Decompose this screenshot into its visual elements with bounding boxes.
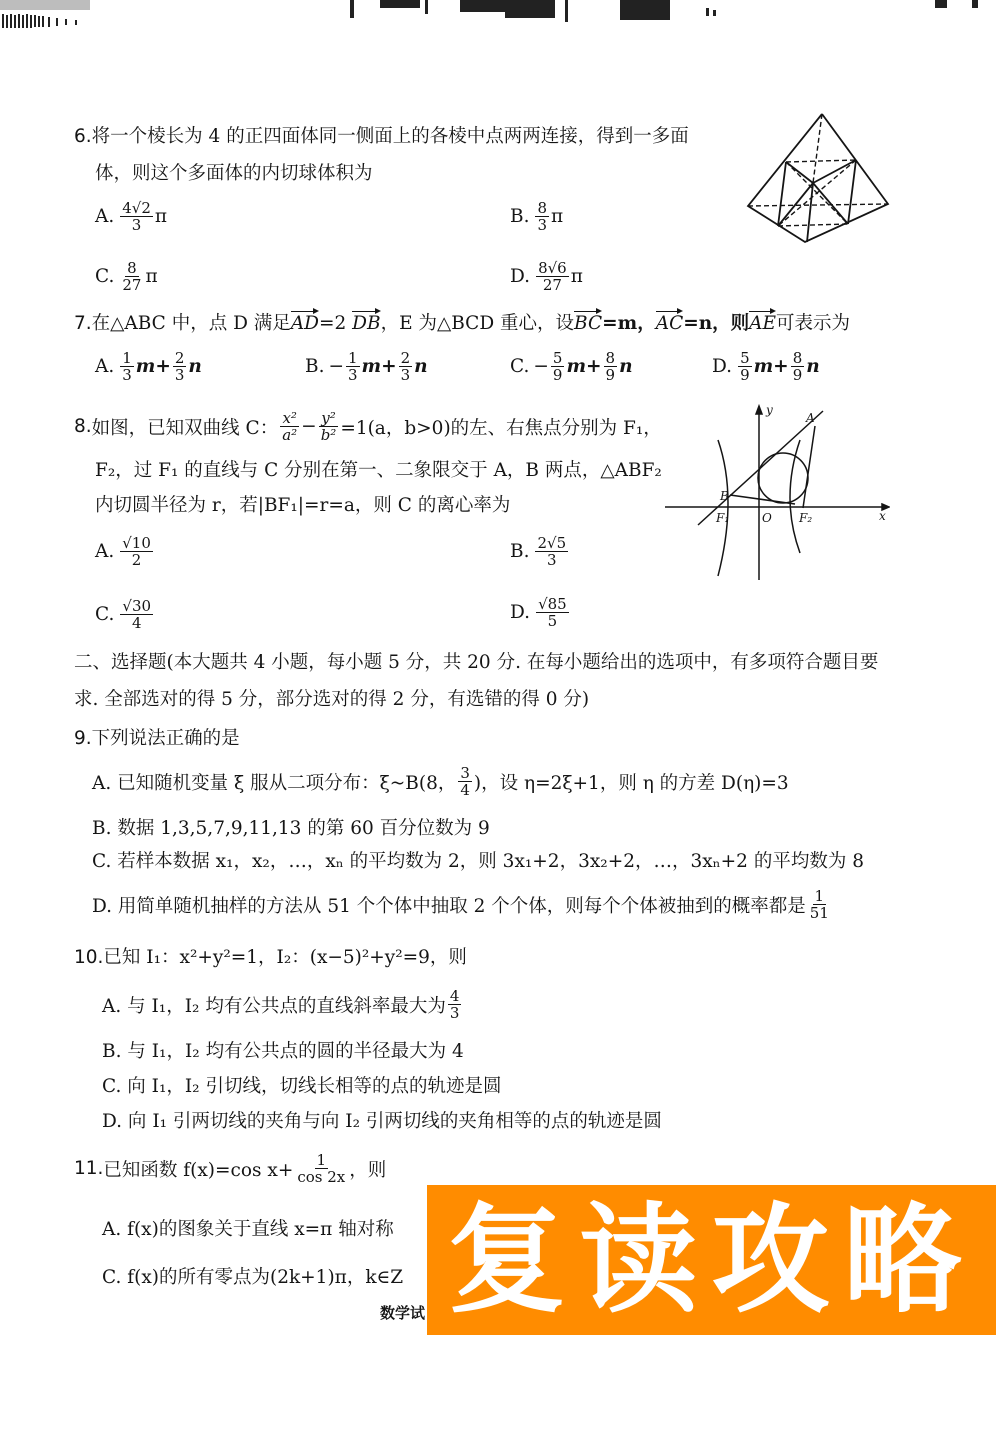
denominator: 3: [130, 217, 144, 233]
question-number: 6.: [74, 126, 92, 147]
question-text: 内切圆半径为 r，若|BF₁|=r=a，则 C 的离心率为: [95, 495, 510, 516]
q6-option-a[interactable]: A. 4√23 π: [95, 200, 167, 233]
denominator: 3: [346, 367, 360, 383]
option-text: C. f(x)的所有零点为(2k+1)π，k∈Z: [102, 1267, 403, 1288]
fraction: 13: [120, 350, 134, 383]
numerator: 2: [173, 350, 187, 367]
option-text: A. 已知随机变量 ξ 服从二项分布：ξ~B(8，: [92, 769, 456, 795]
vector-term: m+: [362, 356, 397, 377]
q7-option-d[interactable]: D. 59m+ 89n: [712, 350, 820, 383]
question-text: ，E 为△BCD 重心，设: [381, 313, 574, 334]
numerator: 2√5: [535, 535, 568, 552]
question-number: 10.: [74, 947, 103, 968]
fraction: 2√53: [535, 535, 568, 568]
option-text: B. 与 I₁，I₂ 均有公共点的圆的半径最大为 4: [102, 1041, 464, 1062]
numerator: 1: [120, 350, 134, 367]
sign: −: [328, 356, 344, 377]
vector-ac: AC: [656, 312, 684, 336]
tetrahedron-figure: [740, 108, 892, 248]
option-text: A. f(x)的图象关于直线 x=π 轴对称: [102, 1219, 394, 1240]
vector-bc: BC: [574, 312, 602, 336]
pi-symbol: π: [571, 266, 583, 287]
point-label-o: O: [762, 511, 772, 525]
axis-label-x: x: [879, 509, 886, 523]
question-8-line2: F₂，过 F₁ 的直线与 C 分别在第一、二象限交于 A，B 两点，△ABF₂: [95, 459, 662, 483]
q10-option-a[interactable]: A. 与 I₁，I₂ 均有公共点的直线斜率最大为 43: [102, 988, 463, 1021]
fraction: √855: [536, 596, 569, 629]
denominator: 5: [546, 613, 560, 629]
denominator: 4: [458, 782, 472, 798]
numerator: 5: [738, 350, 752, 367]
denominator: 27: [541, 277, 564, 293]
numerator: x²: [280, 410, 298, 427]
question-8-line1: 8.如图，已知双曲线 C： x²a²− y²b²=1(a，b>0)的左、右焦点分…: [74, 410, 662, 443]
numerator: 4: [448, 988, 462, 1005]
numerator: 8: [125, 260, 139, 277]
option-text: A. 与 I₁，I₂ 均有公共点的直线斜率最大为: [102, 992, 446, 1018]
question-text: =m，: [602, 313, 656, 334]
question-text: 体，则这个多面体的内切球体积为: [95, 163, 373, 184]
point-label-a: A: [805, 411, 815, 425]
question-text: =1(a，b>0)的左、右焦点分别为 F₁，: [340, 414, 661, 440]
denominator: 3: [173, 367, 187, 383]
fraction: 89: [791, 350, 805, 383]
question-9: 9.下列说法正确的是: [74, 727, 240, 751]
sign: −: [533, 356, 549, 377]
vector-term: n: [188, 356, 201, 377]
numerator: 1: [346, 350, 360, 367]
fraction: 4√23: [120, 200, 153, 233]
q7-option-b[interactable]: B.− 13m+ 23n: [305, 350, 428, 383]
denominator: cos 2x: [295, 1169, 347, 1185]
q10-option-d[interactable]: D. 向 I₁ 引两切线的夹角与向 I₂ 引两切线的夹角相等的点的轨迹是圆: [102, 1110, 662, 1134]
question-text: F₂，过 F₁ 的直线与 C 分别在第一、二象限交于 A，B 两点，△ABF₂: [95, 460, 662, 481]
option-text: C. 若样本数据 x₁，x₂，…，xₙ 的平均数为 2，则 3x₁+2，3x₂+…: [92, 851, 864, 872]
numerator: 2: [399, 350, 413, 367]
vector-term: n: [619, 356, 632, 377]
pi-symbol: π: [145, 266, 157, 287]
denominator: 3: [120, 367, 134, 383]
fraction: 13: [346, 350, 360, 383]
fraction: 59: [551, 350, 565, 383]
numerator: 3: [458, 765, 472, 782]
denominator: 3: [448, 1005, 462, 1021]
option-label: D.: [510, 602, 530, 623]
denominator: 2: [130, 552, 144, 568]
hyperbola-figure: y x A B O F₁ F₂: [660, 398, 890, 583]
vector-term: m+: [566, 356, 601, 377]
fraction: √102: [120, 535, 153, 568]
q11-option-a[interactable]: A. f(x)的图象关于直线 x=π 轴对称: [102, 1218, 394, 1242]
question-11: 11.已知函数 f(x)=cos x+ 1cos 2x ，则: [74, 1152, 386, 1185]
minus-sign: −: [301, 416, 317, 437]
question-text: 在△ABC 中，点 D 满足: [92, 313, 291, 334]
option-text: )，设 η=2ξ+1，则 η 的方差 D(η)=3: [474, 769, 789, 795]
fraction: 23: [399, 350, 413, 383]
numerator: 8: [791, 350, 805, 367]
denominator: 27: [120, 277, 143, 293]
vector-term: n: [414, 356, 427, 377]
question-text: =2: [319, 313, 352, 334]
q8-option-d[interactable]: D. √855: [510, 596, 571, 629]
question-6-line1: 6.将一个棱长为 4 的正四面体同一侧面上的各棱中点两两连接，得到一多面: [74, 125, 689, 149]
option-label: D.: [712, 356, 732, 377]
q9-option-a[interactable]: A. 已知随机变量 ξ 服从二项分布：ξ~B(8， 34 )，设 η=2ξ+1，…: [92, 765, 789, 798]
option-label: A.: [95, 356, 114, 377]
q7-option-a[interactable]: A. 13m+ 23n: [95, 350, 202, 383]
question-10: 10.已知 I₁：x²+y²=1，I₂：(x−5)²+y²=9，则: [74, 946, 467, 970]
fraction: 1cos 2x: [295, 1152, 347, 1185]
pi-symbol: π: [155, 206, 167, 227]
point-label-b: B: [719, 489, 729, 503]
question-text: 将一个棱长为 4 的正四面体同一侧面上的各棱中点两两连接，得到一多面: [92, 126, 689, 147]
q9-option-b[interactable]: B. 数据 1,3,5,7,9,11,13 的第 60 百分位数为 9: [92, 817, 490, 841]
q8-option-a[interactable]: A. √102: [95, 535, 155, 568]
question-text: 可表示为: [776, 313, 850, 334]
option-label: B.: [305, 356, 324, 377]
question-7: 7.在△ABC 中，点 D 满足AD=2 DB，E 为△BCD 重心，设BC=m…: [74, 312, 850, 336]
denominator: 3: [545, 552, 559, 568]
denominator: 51: [808, 905, 831, 921]
axis-label-y: y: [765, 403, 773, 417]
question-text: 已知 I₁：x²+y²=1，I₂：(x−5)²+y²=9，则: [103, 947, 467, 968]
option-label: C.: [510, 356, 529, 377]
scan-edge-artifact: [0, 0, 1000, 30]
question-number: 11.: [74, 1158, 103, 1179]
numerator: y²: [319, 410, 338, 427]
vector-ad: AD: [291, 312, 319, 336]
q10-option-c[interactable]: C. 向 I₁，I₂ 引切线，切线长相等的点的轨迹是圆: [102, 1075, 501, 1099]
vector-db: DB: [352, 312, 380, 336]
fraction: x²a²: [280, 410, 299, 443]
point-label-f1: F₁: [715, 511, 729, 525]
q10-option-b[interactable]: B. 与 I₁，I₂ 均有公共点的圆的半径最大为 4: [102, 1040, 464, 1064]
question-text: 下列说法正确的是: [92, 728, 240, 749]
q6-option-c[interactable]: C. 827 π: [95, 260, 158, 293]
option-label: B.: [510, 541, 529, 562]
option-label: A.: [95, 541, 114, 562]
denominator: 3: [535, 217, 549, 233]
section-instructions: 求. 全部选对的得 5 分，部分选对的得 2 分，有选错的得 0 分): [74, 689, 589, 710]
fraction: 23: [173, 350, 187, 383]
section-heading: 二、选择题(本大题共 4 小题，每小题 5 分，共 20 分. 在每小题给出的选…: [74, 652, 878, 673]
vector-term: m+: [754, 356, 789, 377]
question-text: =n，则: [683, 313, 749, 334]
q6-option-b[interactable]: B. 83 π: [510, 200, 563, 233]
q9-option-c[interactable]: C. 若样本数据 x₁，x₂，…，xₙ 的平均数为 2，则 3x₁+2，3x₂+…: [92, 850, 864, 874]
option-text: D. 向 I₁ 引两切线的夹角与向 I₂ 引两切线的夹角相等的点的轨迹是圆: [102, 1111, 662, 1132]
numerator: 5: [551, 350, 565, 367]
section-2-header-line2: 求. 全部选对的得 5 分，部分选对的得 2 分，有选错的得 0 分): [74, 688, 589, 712]
denominator: 9: [604, 367, 618, 383]
q7-option-c[interactable]: C.− 59m+ 89n: [510, 350, 633, 383]
numerator: 1: [813, 888, 827, 905]
option-text: D. 用简单随机抽样的方法从 51 个个体中抽取 2 个个体，则每个个体被抽到的…: [92, 892, 806, 918]
option-label: A.: [95, 206, 114, 227]
pi-symbol: π: [551, 206, 563, 227]
denominator: 9: [551, 367, 565, 383]
numerator: 8√6: [536, 260, 569, 277]
question-text: 已知函数 f(x)=cos x+: [103, 1156, 293, 1182]
watermark-text: 复读攻略: [447, 1201, 975, 1319]
vector-term: m+: [136, 356, 171, 377]
denominator: 4: [130, 615, 144, 631]
q11-option-c[interactable]: C. f(x)的所有零点为(2k+1)π，k∈Z: [102, 1266, 403, 1290]
denominator: 3: [399, 367, 413, 383]
option-label: D.: [510, 266, 530, 287]
denominator: 9: [791, 367, 805, 383]
numerator: √85: [536, 596, 569, 613]
q8-option-b[interactable]: B. 2√53: [510, 535, 570, 568]
q6-option-d[interactable]: D. 8√627 π: [510, 260, 583, 293]
question-text: 如图，已知双曲线 C：: [92, 414, 279, 440]
option-label: C.: [95, 266, 114, 287]
q8-option-c[interactable]: C. √304: [95, 598, 155, 631]
denominator: 9: [738, 367, 752, 383]
numerator: 8: [604, 350, 618, 367]
numerator: 1: [315, 1152, 329, 1169]
question-number: 7.: [74, 313, 92, 334]
fraction: y²b²: [319, 410, 339, 443]
fraction: 8√627: [536, 260, 569, 293]
watermark-banner: 复读攻略: [427, 1185, 996, 1335]
fraction: 89: [604, 350, 618, 383]
question-8-line3: 内切圆半径为 r，若|BF₁|=r=a，则 C 的离心率为: [95, 494, 510, 518]
denominator: a²: [280, 427, 299, 443]
section-2-header-line1: 二、选择题(本大题共 4 小题，每小题 5 分，共 20 分. 在每小题给出的选…: [74, 651, 878, 675]
question-6-line2: 体，则这个多面体的内切球体积为: [95, 162, 373, 186]
fraction: 59: [738, 350, 752, 383]
fraction: 151: [808, 888, 831, 921]
option-label: C.: [95, 604, 114, 625]
numerator: 8: [535, 200, 549, 217]
numerator: √10: [120, 535, 153, 552]
q9-option-d[interactable]: D. 用简单随机抽样的方法从 51 个个体中抽取 2 个个体，则每个个体被抽到的…: [92, 888, 833, 921]
fraction: 43: [448, 988, 462, 1021]
fraction: 827: [120, 260, 143, 293]
option-label: B.: [510, 206, 529, 227]
page-footer: 数学试: [380, 1302, 425, 1323]
fraction: 34: [458, 765, 472, 798]
option-text: C. 向 I₁，I₂ 引切线，切线长相等的点的轨迹是圆: [102, 1076, 501, 1097]
numerator: √30: [120, 598, 153, 615]
denominator: b²: [319, 427, 339, 443]
point-label-f2: F₂: [798, 511, 812, 525]
fraction: √304: [120, 598, 153, 631]
vector-term: n: [806, 356, 819, 377]
question-number: 9.: [74, 728, 92, 749]
option-text: B. 数据 1,3,5,7,9,11,13 的第 60 百分位数为 9: [92, 818, 490, 839]
vector-ae: AE: [749, 312, 776, 336]
numerator: 4√2: [120, 200, 153, 217]
question-number: 8.: [74, 416, 92, 437]
fraction: 83: [535, 200, 549, 233]
question-text: ，则: [349, 1156, 386, 1182]
